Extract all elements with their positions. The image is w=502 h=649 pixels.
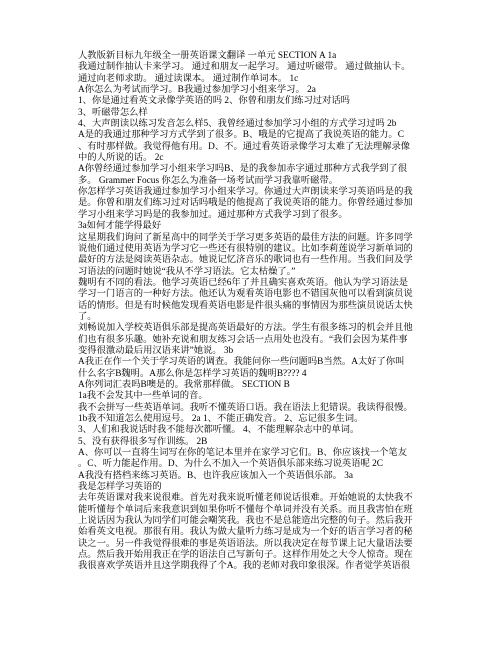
text-line: 们也有很多乐趣。她补充说和朋友练习会话一点用处也没有。“我们会因为某件事 — [78, 335, 430, 346]
text-line: 4、大声朗读以练习发音怎么样5、我曾经通过参加学习小组的方式学习过吗 2b — [78, 119, 430, 130]
text-line: 什么名字B魏明。A那么你是怎样学习英语的魏明B???? 4 — [78, 369, 430, 380]
text-line: 点。然后我开始用我正在学的语法自己写新句子。这样作用处之大令人惊奇。现在 — [78, 550, 430, 561]
text-line: A我没有搭档来练习英语。B、也许我应该加入一个英语俱乐部。 3a — [78, 471, 430, 482]
text-line: 我不会拼写一些英语单词。我听不懂英语口语。我在语法上犯错误。我读得很慢。 — [78, 403, 430, 414]
text-line: 习语法的问题时她说“我从不学习语法。它太枯燥了。” — [78, 267, 430, 278]
document-page: 人教版新目标九年级全一册英语课文翻译 一单元 SECTION A 1a 我通过制… — [0, 0, 502, 649]
text-line: A是的我通过那种学习方式学到了很多。B、哦是的它提高了我说英语的能力。C — [78, 130, 430, 141]
text-line: 学习一门语言的一种好方法。他还认为观看英语电影也不错国灰他可以看到演员说 — [78, 289, 430, 300]
text-line: 了。 — [78, 312, 430, 323]
text-line: A、你可以一直将生词写在你的笔记本里并在家学习它们。B、你应该找一个笔友 — [78, 448, 430, 459]
text-line: 3、听磁带怎么样 — [78, 108, 430, 119]
text-line: A我正在作一个关于学习英语的调查。我能问你一些问题吗B当然。A太好了你叫 — [78, 357, 430, 368]
text-line: 1a我不会发其中一些单词的音。 — [78, 391, 430, 402]
text-line: 中的人所说的话。 2c — [78, 153, 430, 164]
text-line: 学习小组来学习吗是的我参加过。通过那种方式我学习到了很多。 — [78, 210, 430, 221]
doc-title-line: 人教版新目标九年级全一册英语课文翻译 一单元 SECTION A 1a — [78, 51, 430, 62]
text-line: 话的情形。但是有时候他发现看英语电影是件很头痛的事情因为那些演员说话太快 — [78, 301, 430, 312]
text-line: 我通过制作抽认卡来学习。 通过和朋友一起学习。 通过听磁带。 通过做抽认卡。 — [78, 62, 430, 73]
text-line: 你怎样学习英语我通过参加学习小组来学习。你通过大声朗读来学习英语吗是的我 — [78, 187, 430, 198]
text-line: 1、你是通过看英文录像学英语的吗 2、你曾和朋友们练习过对话吗 — [78, 96, 430, 107]
text-line: 诀之一。另一件我觉得很难的事是英语语法。所以我决定在每节课上记大量语法要 — [78, 539, 430, 550]
text-line: 、有时那样做。我觉得他有用。D、不。通过看英语录像学习太难了无法理解录像 — [78, 142, 430, 153]
text-line: 通过向老师求助。 通过读课本。 通过制作单词本。 1c — [78, 74, 430, 85]
text-line: 这星期我们询问了新星高中的同学关于学习更多英语的最佳方法的问题。许多同学 — [78, 233, 430, 244]
text-line: A你曾经通过参加学习小组来学习吗B、是的我参加赤字通过那种方式我学到了很 — [78, 164, 430, 175]
text-line: 始看英文电视。那很有用。我认为做大量听力练习是成为一个好的语言学习者的秘 — [78, 527, 430, 538]
text-line: 刘畅说加入学校英语俱乐部是提高英语最好的方法。学生有很多练习的机会并且他 — [78, 323, 430, 334]
text-line: 1b我不知道怎么使用逗号。 2a 1、不能正确发音。 2、忘记很多生词。 — [78, 414, 430, 425]
text-line: 说他们通过使用英语为学习它一些还有很特别的建议。比如李莉莲说学习新单词的 — [78, 244, 430, 255]
text-line: 我很喜欢学英语并且这学期我得了个A。我的老师对我印象很深。作者觉学英语很 — [78, 561, 430, 572]
text-line: 上说话因为我认为同学们可能会嘲笑我。我也不是总能造出完整的句子。然后我开 — [78, 516, 430, 527]
document-text-block: 人教版新目标九年级全一册英语课文翻译 一单元 SECTION A 1a 我通过制… — [78, 51, 430, 573]
text-line: 5、没有获得很多写作训练。 2B — [78, 437, 430, 448]
text-line: 魏明有不同的看法。他学习英语已经6年了并且确实喜欢英语。他认为学习语法是 — [78, 278, 430, 289]
text-line: 多。 Grammer Focus 你怎么为准备一场考试而学习我靠听磁带。 — [78, 176, 430, 187]
text-line: 。C、听力能起作用。D、为什么不加入一个英语俱乐部来练习说英语呢 2C — [78, 459, 430, 470]
text-line: 我是怎样学习英语的 — [78, 482, 430, 493]
text-line: 最好的方法是阅读英语杂志。她说记忆济音乐的歌词也有一些作用。当我们问及学 — [78, 255, 430, 266]
text-line: 变得很激动最后用汉语来讲”她说。 3b — [78, 346, 430, 357]
text-line: 3a如何才能学得最好 — [78, 221, 430, 232]
text-line: A你怎么为考试而学习。B我通过参加学习小组来学习。 2a — [78, 85, 430, 96]
text-line: 去年英语课对我来说很难。首先对我来说听懂老师说话很难。开始她说的太快我不 — [78, 493, 430, 504]
text-line: A你列词汇表吗B噢是的。我常那样做。 SECTION B — [78, 380, 430, 391]
text-line: 能听懂每个单词后来我意识到如果你听不懂每个单词并没有关系。而且我害怕在班 — [78, 505, 430, 516]
text-line: 3、人们和我说话时我不能每次都听懂。 4、不能理解杂志中的单词。 — [78, 425, 430, 436]
text-line: 是。你曾和朋友们练习过对话吗哦是的他提高了我说英语的能力。你曾经通过参加 — [78, 198, 430, 209]
